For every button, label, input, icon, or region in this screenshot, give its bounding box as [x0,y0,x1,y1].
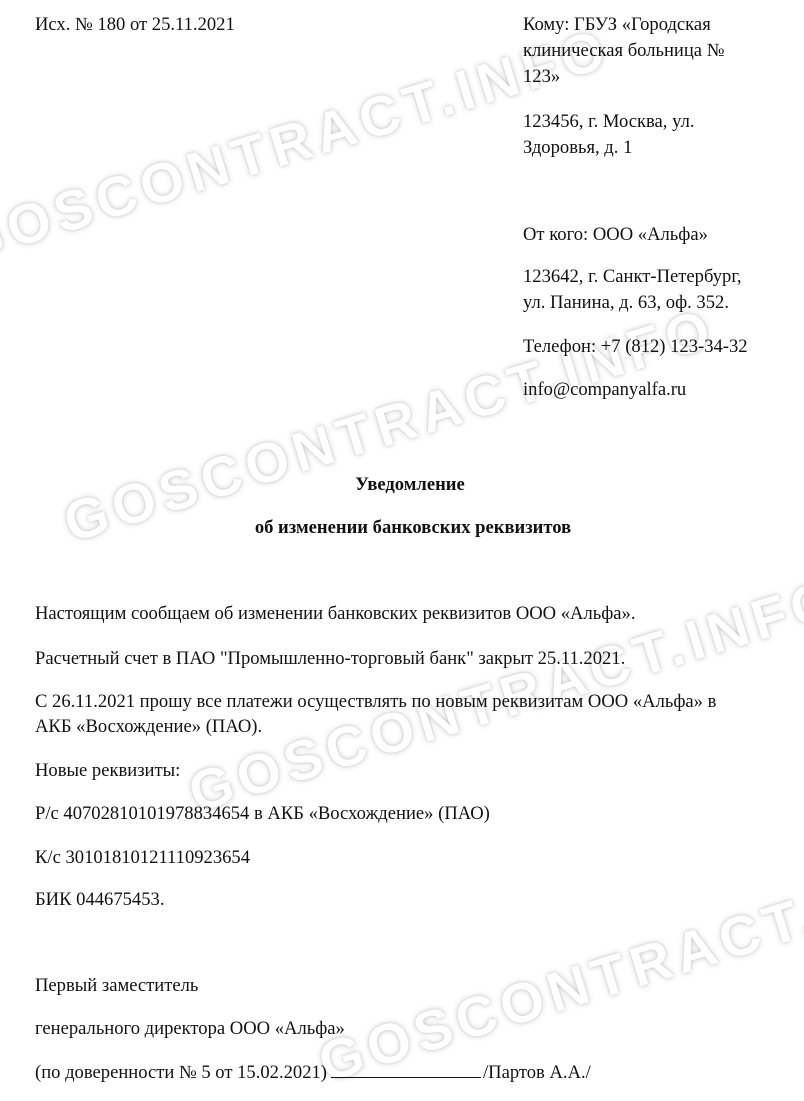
recipient-line: клиническая больница № [523,38,724,64]
recipient-line: Кому: ГБУЗ «Городская [523,12,711,38]
document-subtitle: об изменении банковских реквизитов [0,515,804,541]
settlement-account: Р/с 40702810101978834654 в АКБ «Восхожде… [35,801,490,827]
signatory-position: Первый заместитель [35,973,198,999]
power-of-attorney: (по доверенности № 5 от 15.02.2021) [35,1062,327,1083]
sender-name: От кого: ООО «Альфа» [523,222,708,248]
signer-name: /Партов А.А./ [483,1062,591,1083]
bik: БИК 044675453. [35,887,164,913]
recipient-address: 123456, г. Москва, ул. [523,109,695,135]
sender-email: info@companyalfa.ru [523,377,686,403]
sender-phone: Телефон: +7 (812) 123-34-32 [523,334,748,360]
recipient-address: Здоровья, д. 1 [523,135,632,161]
body-paragraph: АКБ «Восхождение» (ПАО). [35,714,262,740]
signatory-position: генерального директора ООО «Альфа» [35,1016,345,1042]
recipient-line: 123» [523,64,560,90]
sender-address: ул. Панина, д. 63, оф. 352. [523,290,729,316]
document-title: Уведомление [0,472,804,498]
signature-line [331,1059,481,1078]
body-paragraph: С 26.11.2021 прошу все платежи осуществл… [35,689,716,715]
sender-address: 123642, г. Санкт-Петербург, [523,264,742,290]
outgoing-reference: Исх. № 180 от 25.11.2021 [35,12,235,38]
watermark: GOSCONTRACT.INFO [311,835,804,1095]
new-details-label: Новые реквизиты: [35,758,180,784]
correspondent-account: К/с 30101810121110923654 [35,845,250,871]
body-paragraph: Расчетный счет в ПАО "Промышленно-торгов… [35,646,625,672]
body-paragraph: Настоящим сообщаем об изменении банковск… [35,601,635,627]
signature-row: (по доверенности № 5 от 15.02.2021)/Парт… [35,1059,591,1086]
